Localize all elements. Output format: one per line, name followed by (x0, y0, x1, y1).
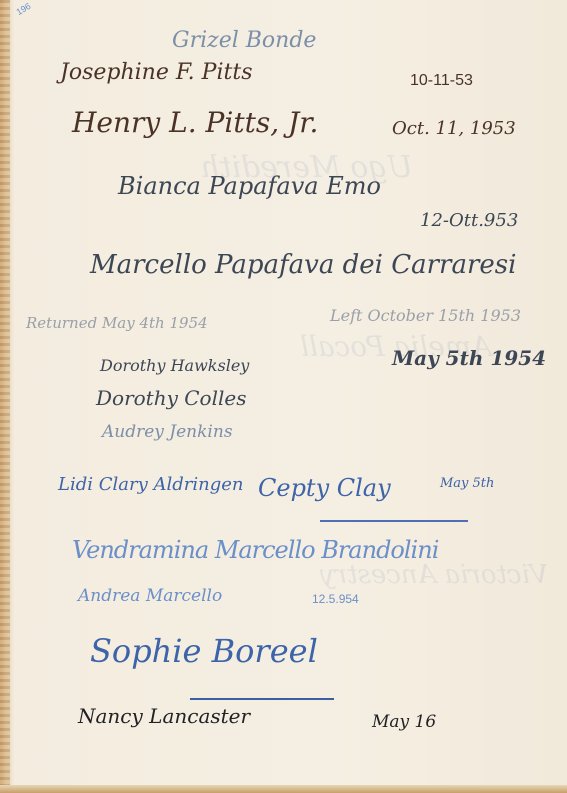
underline-rule (320, 520, 468, 522)
bleed-through-text: Victoria Ancestry (320, 560, 548, 590)
signature-name: Lidi Clary Aldringen (58, 474, 243, 495)
signature-date: May 16 (372, 712, 436, 732)
signature-date: May 5th (440, 476, 494, 491)
signature-name: Bianca Papafava Emo (118, 172, 381, 200)
signature-name: Grizel Bonde (172, 28, 316, 53)
page-number: 196 (15, 1, 33, 17)
signature-date: 10-11-53 (410, 72, 473, 90)
signature-name: Marcello Papafava dei Carraresi (90, 250, 516, 280)
underline-rule (190, 698, 334, 700)
signature-date: Oct. 11, 1953 (392, 118, 516, 139)
annotation-note: Left October 15th 1953 (330, 306, 521, 325)
signature-name: Andrea Marcello (78, 586, 222, 606)
signature-date: 12.5.954 (312, 592, 359, 606)
signature-name: Vendramina Marcello Brandolini (72, 536, 438, 564)
signature-name: Dorothy Hawksley (100, 356, 249, 375)
guestbook-page: Ugo Meredith Amelia Pocall Victoria Ance… (0, 0, 567, 793)
signature-date: May 5th 1954 (392, 346, 546, 370)
signature-name: Josephine F. Pitts (60, 60, 252, 85)
signature-name: Dorothy Colles (96, 386, 247, 410)
signature-name: Sophie Boreel (90, 632, 318, 670)
signature-name: Nancy Lancaster (78, 704, 250, 728)
signature-name: Cepty Clay (258, 474, 391, 502)
signature-date: 12-Ott.953 (420, 210, 518, 231)
signature-name: Henry L. Pitts, Jr. (72, 106, 318, 139)
signature-name: Audrey Jenkins (102, 422, 233, 442)
annotation-note: Returned May 4th 1954 (26, 314, 208, 332)
